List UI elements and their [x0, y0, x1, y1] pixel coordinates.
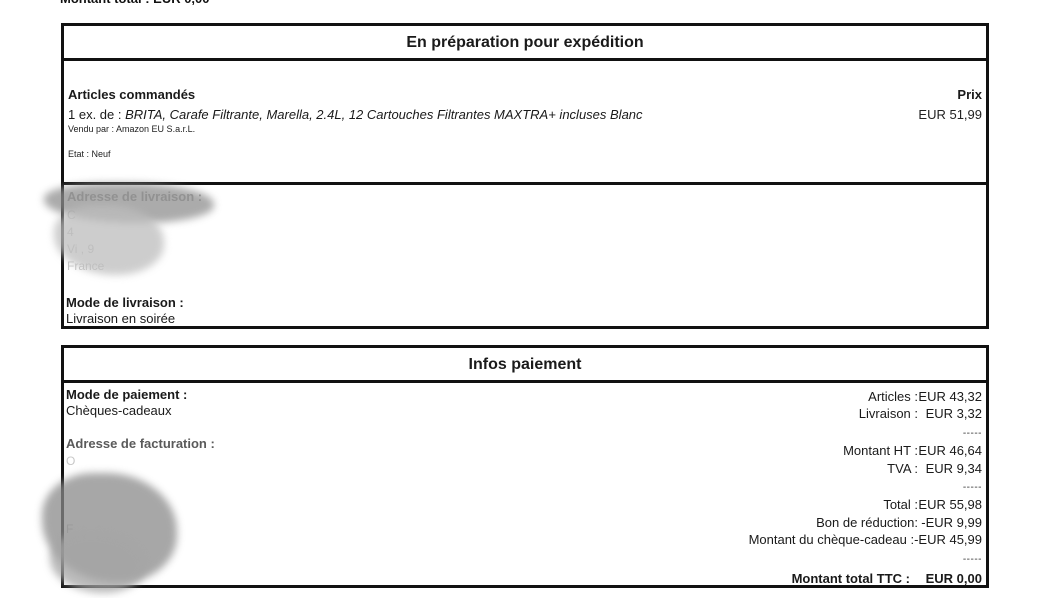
summary-value: EUR 55,98: [918, 496, 982, 513]
delivery-section: Adresse de livraison : C 4 Vi , 9 France…: [64, 185, 986, 326]
item-name-link[interactable]: BRITA, Carafe Filtrante, Marella, 2.4L, …: [125, 107, 642, 122]
item-price: EUR 51,99: [918, 107, 982, 122]
summary-label: Total :: [883, 496, 918, 513]
payment-mode-value: Chèques-cadeaux: [66, 403, 172, 418]
item-seller: Vendu par : Amazon EU S.a.r.L.: [68, 124, 195, 134]
shipment-box: En préparation pour expédition Articles …: [61, 23, 989, 329]
summary-separator: -----: [749, 423, 982, 442]
order-item: 1 ex. de : BRITA, Carafe Filtrante, Mare…: [68, 107, 643, 122]
summary-label: Livraison :: [859, 405, 918, 422]
ordered-articles-section: Articles commandés Prix 1 ex. de : BRITA…: [64, 61, 986, 185]
summary-value: EUR 46,64: [918, 442, 982, 459]
summary-row: Bon de réduction:-EUR 9,99: [749, 514, 982, 531]
summary-separator: -----: [749, 477, 982, 496]
summary-value: -EUR 45,99: [914, 531, 982, 548]
previous-order-total: Montant total : EUR 0,00: [60, 0, 210, 6]
delivery-mode-value: Livraison en soirée: [66, 311, 175, 326]
summary-label: Bon de réduction:: [816, 514, 918, 531]
summary-value: EUR 3,32: [918, 405, 982, 422]
summary-row: Montant HT :EUR 46,64: [749, 442, 982, 459]
payment-body: Mode de paiement : Chèques-cadeaux Adres…: [64, 383, 986, 585]
summary-value: -EUR 9,99: [918, 514, 982, 531]
summary-label: TVA :: [887, 460, 918, 477]
payment-box: Infos paiement Mode de paiement : Chèque…: [61, 345, 989, 588]
summary-label: Montant du chèque-cadeau :: [749, 531, 915, 548]
billing-address-line: O: [66, 453, 75, 470]
summary-value: EUR 9,34: [918, 460, 982, 477]
payment-title: Infos paiement: [64, 348, 986, 383]
payment-mode-label: Mode de paiement :: [66, 387, 187, 402]
summary-label: Montant total TTC :: [792, 570, 910, 587]
summary-value: EUR 43,32: [918, 388, 982, 405]
delivery-mode-label: Mode de livraison :: [66, 295, 184, 310]
summary-row: Livraison :EUR 3,32: [749, 405, 982, 422]
summary-label: Montant HT :: [843, 442, 918, 459]
articles-heading: Articles commandés: [68, 87, 195, 102]
summary-label: Articles :: [868, 388, 918, 405]
summary-value: -----: [918, 425, 982, 442]
shipment-status-title: En préparation pour expédition: [64, 26, 986, 61]
summary-row: TVA :EUR 9,34: [749, 460, 982, 477]
billing-address-label: Adresse de facturation :: [66, 436, 215, 451]
summary-value: EUR 0,00: [910, 570, 982, 587]
item-quantity: 1 ex. de :: [68, 107, 125, 122]
order-details-page: Montant total : EUR 0,00 En préparation …: [0, 0, 1050, 598]
summary-separator: -----: [749, 549, 982, 568]
item-condition: Etat : Neuf: [68, 149, 111, 159]
summary-row: Montant du chèque-cadeau :-EUR 45,99: [749, 531, 982, 548]
grand-total-row: Montant total TTC :EUR 0,00: [749, 570, 982, 587]
summary-row: Articles :EUR 43,32: [749, 388, 982, 405]
payment-summary: Articles :EUR 43,32Livraison :EUR 3,32--…: [749, 388, 982, 587]
summary-value: -----: [918, 479, 982, 496]
redaction-smudge: [50, 533, 145, 593]
summary-value: -----: [918, 551, 982, 568]
price-heading: Prix: [957, 87, 982, 102]
summary-row: Total :EUR 55,98: [749, 496, 982, 513]
